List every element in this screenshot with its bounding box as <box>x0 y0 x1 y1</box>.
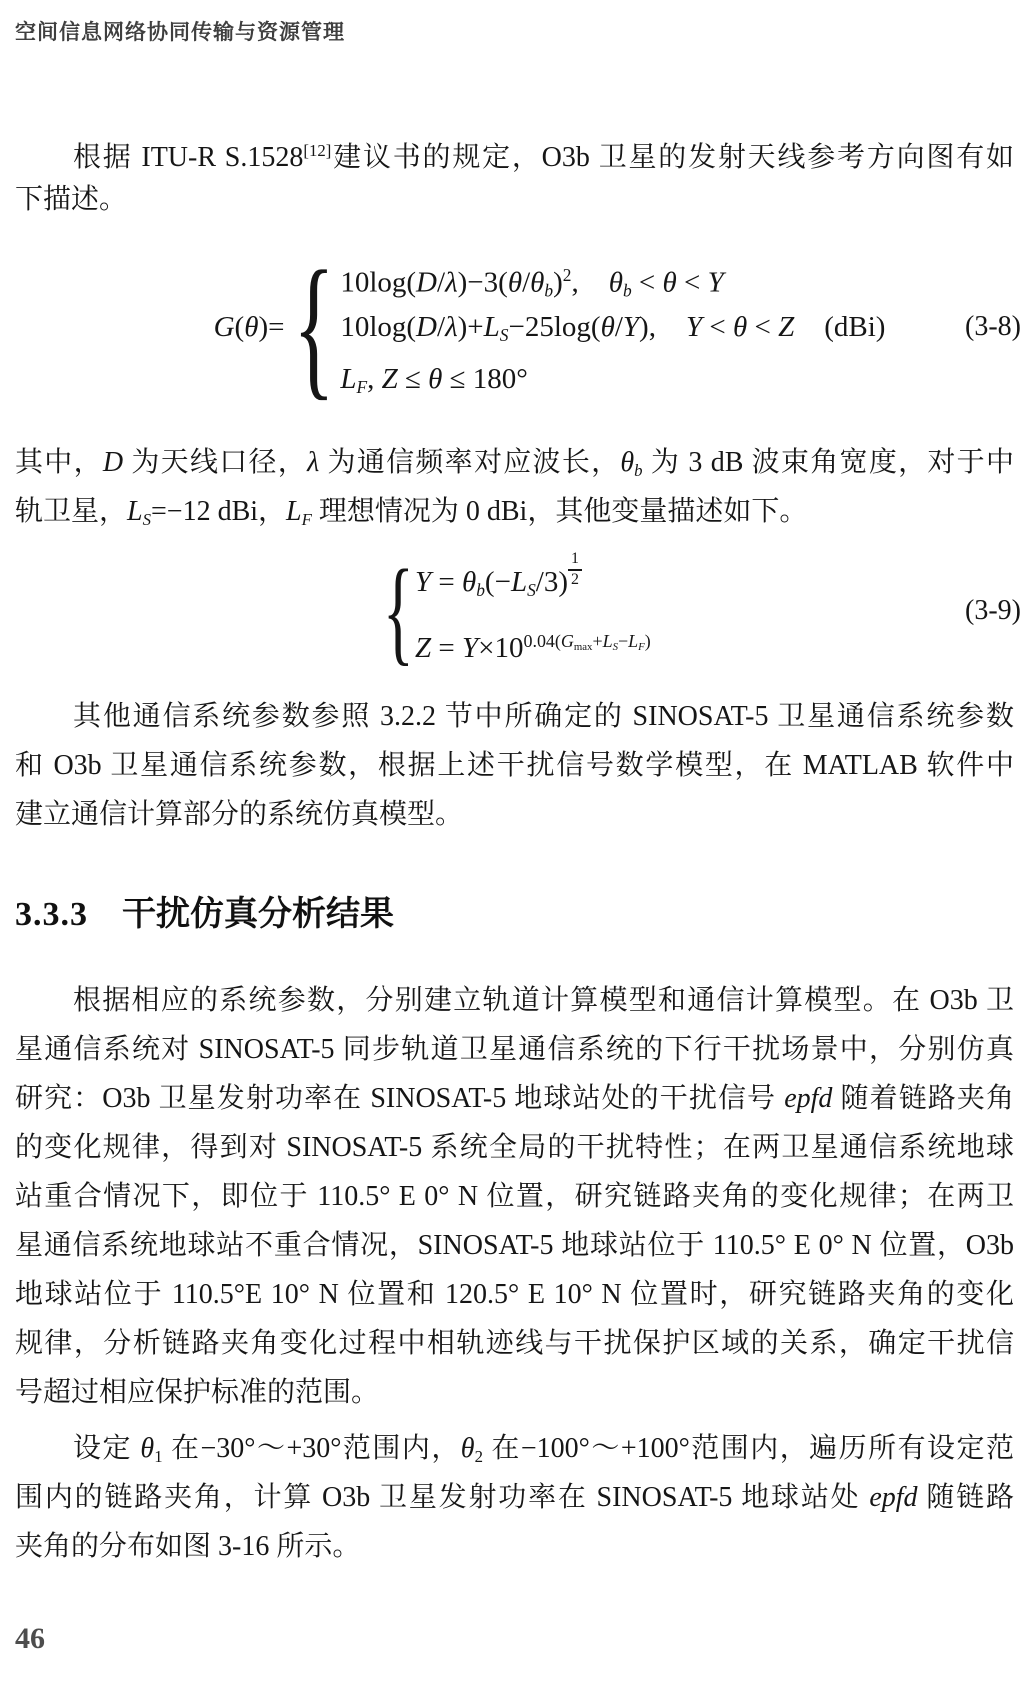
equation-body: { Y = θb(−LS/3)12 Z = Y×100.04(Gmax+LS−L… <box>0 548 1029 674</box>
text-line: 研究：O3b 卫星发射功率在 SINOSAT-5 地球站处的干扰信号 epfd … <box>15 1074 1014 1123</box>
math-token: Y <box>415 566 431 598</box>
math-token: 站重合情况下，即位于 110.5° E 0° N 位置，研究链路夹角的变化规律；… <box>15 1181 1014 1212</box>
equation-cases: Y = θb(−LS/3)12 Z = Y×100.04(Gmax+LS−LF) <box>415 551 651 671</box>
equation-lhs: G(θ)= <box>214 311 285 344</box>
math-token: 星通信系统地球站不重合情况，SINOSAT-5 地球站位于 110.5° E 0… <box>15 1230 1014 1261</box>
math-token: D <box>416 266 437 298</box>
paragraph-angle-setting: 设定 θ1 在−30°～+30°范围内，θ2 在−100°～+100°范围内，遍… <box>15 1424 1014 1571</box>
math-token: L <box>286 496 302 527</box>
math-token: b <box>544 281 553 301</box>
text-line: 规律，分析链路夹角变化过程中相轨迹线与干扰保护区域的关系，确定干扰信 <box>15 1319 1014 1368</box>
math-token: 根据 ITU-R S.1528 <box>73 142 303 173</box>
math-token: 在−30°～+30°范围内， <box>163 1433 461 1464</box>
math-token: 号超过相应保护标准的范围。 <box>15 1377 379 1408</box>
math-token: 围内的链路夹角，计算 O3b 卫星发射功率在 SINOSAT-5 地球站处 <box>15 1482 869 1513</box>
math-token: ) <box>458 311 468 343</box>
math-token: 0.04(Gmax+LS−LF) <box>523 631 650 651</box>
math-token: ( <box>406 311 416 343</box>
math-token: S <box>527 580 536 600</box>
math-token: 下描述。 <box>15 184 127 215</box>
equation-number: (3-8) <box>965 311 1021 343</box>
paragraph-analysis: 根据相应的系统参数，分别建立轨道计算模型和通信计算模型。在 O3b 卫 星通信系… <box>15 976 1014 1417</box>
math-token: epfd <box>784 1083 832 1114</box>
math-token: Z <box>382 363 398 395</box>
math-token: , <box>649 311 656 343</box>
math-token: ( <box>235 311 245 343</box>
math-token: / <box>437 311 445 343</box>
math-token: 随着链路夹角 <box>832 1083 1014 1114</box>
math-token: Y <box>462 632 478 664</box>
text-line: 其中，D 为天线口径，λ 为通信频率对应波长，θb 为 3 dB 波束角宽度，对… <box>15 438 1014 487</box>
math-token: 0.04( <box>523 631 560 651</box>
math-token: 随链路 <box>918 1482 1014 1513</box>
math-token: λ <box>445 311 458 343</box>
math-token: θ <box>733 311 747 343</box>
math-token: L <box>484 311 500 343</box>
text-line: 根据相应的系统参数，分别建立轨道计算模型和通信计算模型。在 O3b 卫 <box>15 976 1014 1025</box>
math-token: b <box>634 461 642 480</box>
math-token: 其他通信系统参数参照 3.2.2 节中所确定的 SINOSAT-5 卫星通信系统… <box>73 701 1014 732</box>
text-line: 星通信系统对 SINOSAT-5 同步轨道卫星通信系统的下行干扰场景中，分别仿真 <box>15 1025 1014 1074</box>
math-token: 2 <box>475 1447 483 1466</box>
math-token: + <box>592 631 602 651</box>
math-token: S <box>143 510 151 529</box>
math-token: b <box>476 580 485 600</box>
math-token: (− <box>485 566 511 598</box>
math-token: < <box>747 311 778 343</box>
equation-cases: 10log(D/λ)−3(θ/θb)2,θb < θ < Y 10log(D/λ… <box>340 249 885 405</box>
paragraph-variables: 其中，D 为天线口径，λ 为通信频率对应波长，θb 为 3 dB 波束角宽度，对… <box>15 438 1014 536</box>
cases-brace: { <box>294 260 336 394</box>
math-token: F <box>302 510 312 529</box>
math-token: 为通信频率对应波长， <box>319 447 620 478</box>
math-token: Y <box>623 311 639 343</box>
paragraph-simulation-model: 其他通信系统参数参照 3.2.2 节中所确定的 SINOSAT-5 卫星通信系统… <box>15 692 1014 839</box>
math-token: θ <box>461 1433 475 1464</box>
math-token: L <box>603 631 613 651</box>
math-token: (dBi) <box>824 311 885 343</box>
math-token: ( <box>406 266 416 298</box>
math-token: D <box>416 311 437 343</box>
math-token: = <box>268 311 284 343</box>
math-token: ) <box>458 266 468 298</box>
math-token: 研究：O3b 卫星发射功率在 SINOSAT-5 地球站处的干扰信号 <box>15 1083 784 1114</box>
math-token: / <box>522 266 530 298</box>
math-token: L <box>127 496 143 527</box>
math-token: 10log <box>340 311 406 343</box>
math-token: θ <box>609 266 623 298</box>
math-token: G <box>214 311 235 343</box>
text-line: 其他通信系统参数参照 3.2.2 节中所确定的 SINOSAT-5 卫星通信系统… <box>15 692 1014 741</box>
math-token: /3) <box>536 566 568 598</box>
math-token: 建立通信计算部分的系统仿真模型。 <box>15 799 463 830</box>
text-line: 围内的链路夹角，计算 O3b 卫星发射功率在 SINOSAT-5 地球站处 ep… <box>15 1473 1014 1522</box>
math-token: 根据相应的系统参数，分别建立轨道计算模型和通信计算模型。在 O3b 卫 <box>73 985 1014 1016</box>
text-line: 根据 ITU-R S.1528[12]建议书的规定，O3b 卫星的发射天线参考方… <box>15 126 1014 175</box>
math-token: 12 <box>568 551 582 589</box>
math-token: ( <box>591 311 601 343</box>
math-token: −25log <box>509 311 591 343</box>
math-token: / <box>615 311 623 343</box>
math-token: 为 3 dB 波束角宽度，对于中 <box>643 447 1014 478</box>
math-token: 星通信系统对 SINOSAT-5 同步轨道卫星通信系统的下行干扰场景中，分别仿真 <box>15 1034 1014 1065</box>
math-token: S <box>500 325 509 345</box>
math-token: 夹角的分布如图 3-16 所示。 <box>15 1531 360 1562</box>
math-token: 建议书的规定，O3b 卫星的发射天线参考方向图有如 <box>331 142 1014 173</box>
math-token: θ <box>508 266 522 298</box>
math-token: ≤ <box>398 363 428 395</box>
math-token: max <box>574 641 593 653</box>
section-number: 3.3.3 <box>15 896 88 933</box>
math-token: [12] <box>303 141 331 160</box>
math-token: = <box>431 632 462 664</box>
math-token: 1 <box>154 1447 162 1466</box>
math-token: =−12 dBi， <box>151 496 286 527</box>
math-token: F <box>638 641 645 653</box>
math-token: < <box>677 266 708 298</box>
math-token: L <box>340 363 356 395</box>
math-token: Y <box>686 311 702 343</box>
math-token: θ <box>663 266 677 298</box>
math-token: ) <box>258 311 268 343</box>
equation-3-9: { Y = θb(−LS/3)12 Z = Y×100.04(Gmax+LS−L… <box>0 548 1029 674</box>
math-token: λ <box>307 447 319 478</box>
math-token: 和 O3b 卫星通信系统参数，根据上述干扰信号数学模型，在 MATLAB 软件中 <box>15 750 1014 781</box>
document-page: 空间信息网络协同传输与资源管理 根据 ITU-R S.1528[12]建议书的规… <box>0 0 1029 1705</box>
paragraph-intro: 根据 ITU-R S.1528[12]建议书的规定，O3b 卫星的发射天线参考方… <box>15 126 1014 224</box>
math-token: θ <box>244 311 258 343</box>
math-token: 设定 <box>73 1433 140 1464</box>
text-line: 下描述。 <box>15 175 1014 224</box>
cases-brace: { <box>383 561 414 661</box>
math-token: F <box>356 377 367 397</box>
math-token: D <box>103 447 123 478</box>
math-token: ×10 <box>478 632 523 664</box>
math-token: ( <box>498 266 508 298</box>
equation-number: (3-9) <box>965 595 1021 627</box>
section-title: 干扰仿真分析结果 <box>122 896 394 933</box>
math-token: , <box>367 363 382 395</box>
math-token: ) <box>639 311 649 343</box>
math-token: ) <box>553 266 563 298</box>
equation-case-row: Y = θb(−LS/3)12 <box>415 551 651 611</box>
text-line: 轨卫星，LS=−12 dBi，LF 理想情况为 0 dBi，其他变量描述如下。 <box>15 487 1014 536</box>
math-token: ≤ 180° <box>442 363 528 395</box>
math-token: θ <box>530 266 544 298</box>
math-token: − <box>618 631 628 651</box>
equation-case-row: 10log(D/λ)+LS−25log(θ/Y),Y < θ < Z(dBi) <box>340 301 885 353</box>
math-token: + <box>467 311 483 343</box>
math-token: = <box>431 566 462 598</box>
math-token: λ <box>445 266 458 298</box>
equation-body: G(θ)= { 10log(D/λ)−3(θ/θb)2,θb < θ < Y 1… <box>0 248 1029 406</box>
math-token: 轨卫星， <box>15 496 127 527</box>
math-token: Z <box>415 632 431 664</box>
math-token: 规律，分析链路夹角变化过程中相轨迹线与干扰保护区域的关系，确定干扰信 <box>15 1328 1014 1359</box>
text-line: 星通信系统地球站不重合情况，SINOSAT-5 地球站位于 110.5° E 0… <box>15 1221 1014 1270</box>
page-number: 46 <box>15 1622 45 1656</box>
equation-case-row: LF, Z ≤ θ ≤ 180° <box>340 353 885 405</box>
math-token: 地球站位于 110.5°E 10° N 位置和 120.5° E 10° N 位… <box>15 1279 1014 1310</box>
math-token: L <box>628 631 638 651</box>
math-token: L <box>511 566 527 598</box>
math-token: epfd <box>869 1482 917 1513</box>
text-line: 夹角的分布如图 3-16 所示。 <box>15 1522 1014 1571</box>
math-token: < <box>632 266 663 298</box>
equation-case-row: Z = Y×100.04(Gmax+LS−LF) <box>415 611 651 671</box>
text-line: 号超过相应保护标准的范围。 <box>15 1368 1014 1417</box>
math-token: G <box>561 631 574 651</box>
text-line: 设定 θ1 在−30°～+30°范围内，θ2 在−100°～+100°范围内，遍… <box>15 1424 1014 1473</box>
math-token: θ <box>620 447 634 478</box>
equation-case-row: 10log(D/λ)−3(θ/θb)2,θb < θ < Y <box>340 249 885 301</box>
text-line: 站重合情况下，即位于 110.5° E 0° N 位置，研究链路夹角的变化规律；… <box>15 1172 1014 1221</box>
section-heading: 3.3.3干扰仿真分析结果 <box>15 886 394 935</box>
math-token: −3 <box>467 266 498 298</box>
math-token: 理想情况为 0 dBi，其他变量描述如下。 <box>312 496 807 527</box>
math-token: 的变化规律，得到对 SINOSAT-5 系统全局的干扰特性；在两卫星通信系统地球 <box>15 1132 1014 1163</box>
equation-3-8: G(θ)= { 10log(D/λ)−3(θ/θb)2,θb < θ < Y 1… <box>0 248 1029 406</box>
math-token: 10log <box>340 266 406 298</box>
running-header: 空间信息网络协同传输与资源管理 <box>15 16 345 46</box>
math-token: < <box>702 311 733 343</box>
math-token: b <box>623 281 632 301</box>
text-line: 的变化规律，得到对 SINOSAT-5 系统全局的干扰特性；在两卫星通信系统地球 <box>15 1123 1014 1172</box>
math-token: 在−100°～+100°范围内，遍历所有设定范 <box>483 1433 1014 1464</box>
math-token: 其中， <box>15 447 103 478</box>
math-token: ) <box>645 631 651 651</box>
math-token: / <box>437 266 445 298</box>
text-line: 建立通信计算部分的系统仿真模型。 <box>15 790 1014 839</box>
math-token: Z <box>778 311 794 343</box>
math-token: θ <box>140 1433 154 1464</box>
math-token: θ <box>601 311 615 343</box>
math-token: θ <box>462 566 476 598</box>
text-line: 和 O3b 卫星通信系统参数，根据上述干扰信号数学模型，在 MATLAB 软件中 <box>15 741 1014 790</box>
math-token: 为天线口径， <box>123 447 307 478</box>
text-line: 地球站位于 110.5°E 10° N 位置和 120.5° E 10° N 位… <box>15 1270 1014 1319</box>
math-token: , <box>571 266 578 298</box>
math-token: θ <box>428 363 442 395</box>
math-token: Y <box>708 266 724 298</box>
